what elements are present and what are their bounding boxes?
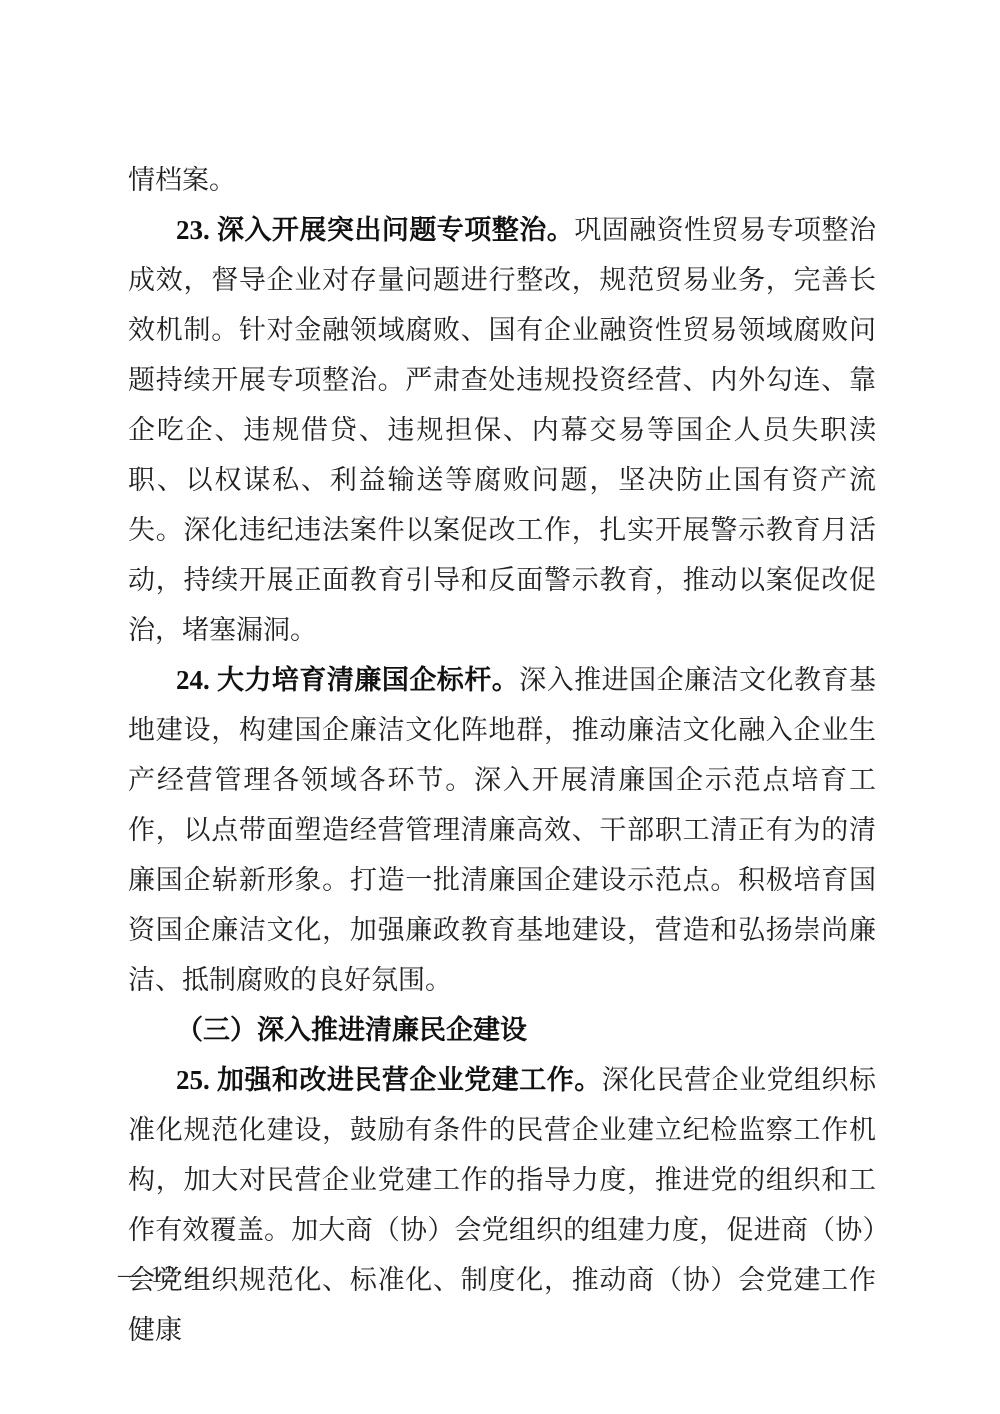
page-number: — 12 — (118, 1262, 211, 1288)
section-heading-3-text: （三）深入推进清廉民企建设 (176, 1015, 527, 1045)
paragraph-24-heading: 24. 大力培育清廉国企标杆。 (176, 665, 519, 695)
document-body: 情档案。 23. 深入开展突出问题专项整治。巩固融资性贸易专项整治成效，督导企业… (128, 155, 876, 1355)
paragraph-continuation-text: 情档案。 (128, 165, 236, 195)
paragraph-25-heading: 25. 加强和改进民营企业党建工作。 (176, 1065, 602, 1095)
paragraph-23: 23. 深入开展突出问题专项整治。巩固融资性贸易专项整治成效，督导企业对存量问题… (128, 205, 876, 655)
paragraph-25: 25. 加强和改进民营企业党建工作。深化民营企业党组织标准化规范化建设，鼓励有条… (128, 1055, 876, 1355)
paragraph-24-body: 深入推进国企廉洁文化教育基地建设，构建国企廉洁文化阵地群，推动廉洁文化融入企业生… (128, 665, 876, 995)
section-heading-3: （三）深入推进清廉民企建设 (128, 1005, 876, 1055)
paragraph-23-heading: 23. 深入开展突出问题专项整治。 (176, 215, 574, 245)
document-page: 情档案。 23. 深入开展突出问题专项整治。巩固融资性贸易专项整治成效，督导企业… (0, 0, 1000, 1414)
paragraph-24: 24. 大力培育清廉国企标杆。深入推进国企廉洁文化教育基地建设，构建国企廉洁文化… (128, 655, 876, 1005)
paragraph-25-body: 深化民营企业党组织标准化规范化建设，鼓励有条件的民营企业建立纪检监察工作机构，加… (128, 1065, 876, 1345)
paragraph-23-body: 巩固融资性贸易专项整治成效，督导企业对存量问题进行整改，规范贸易业务，完善长效机… (128, 215, 876, 645)
paragraph-continuation: 情档案。 (128, 155, 876, 205)
